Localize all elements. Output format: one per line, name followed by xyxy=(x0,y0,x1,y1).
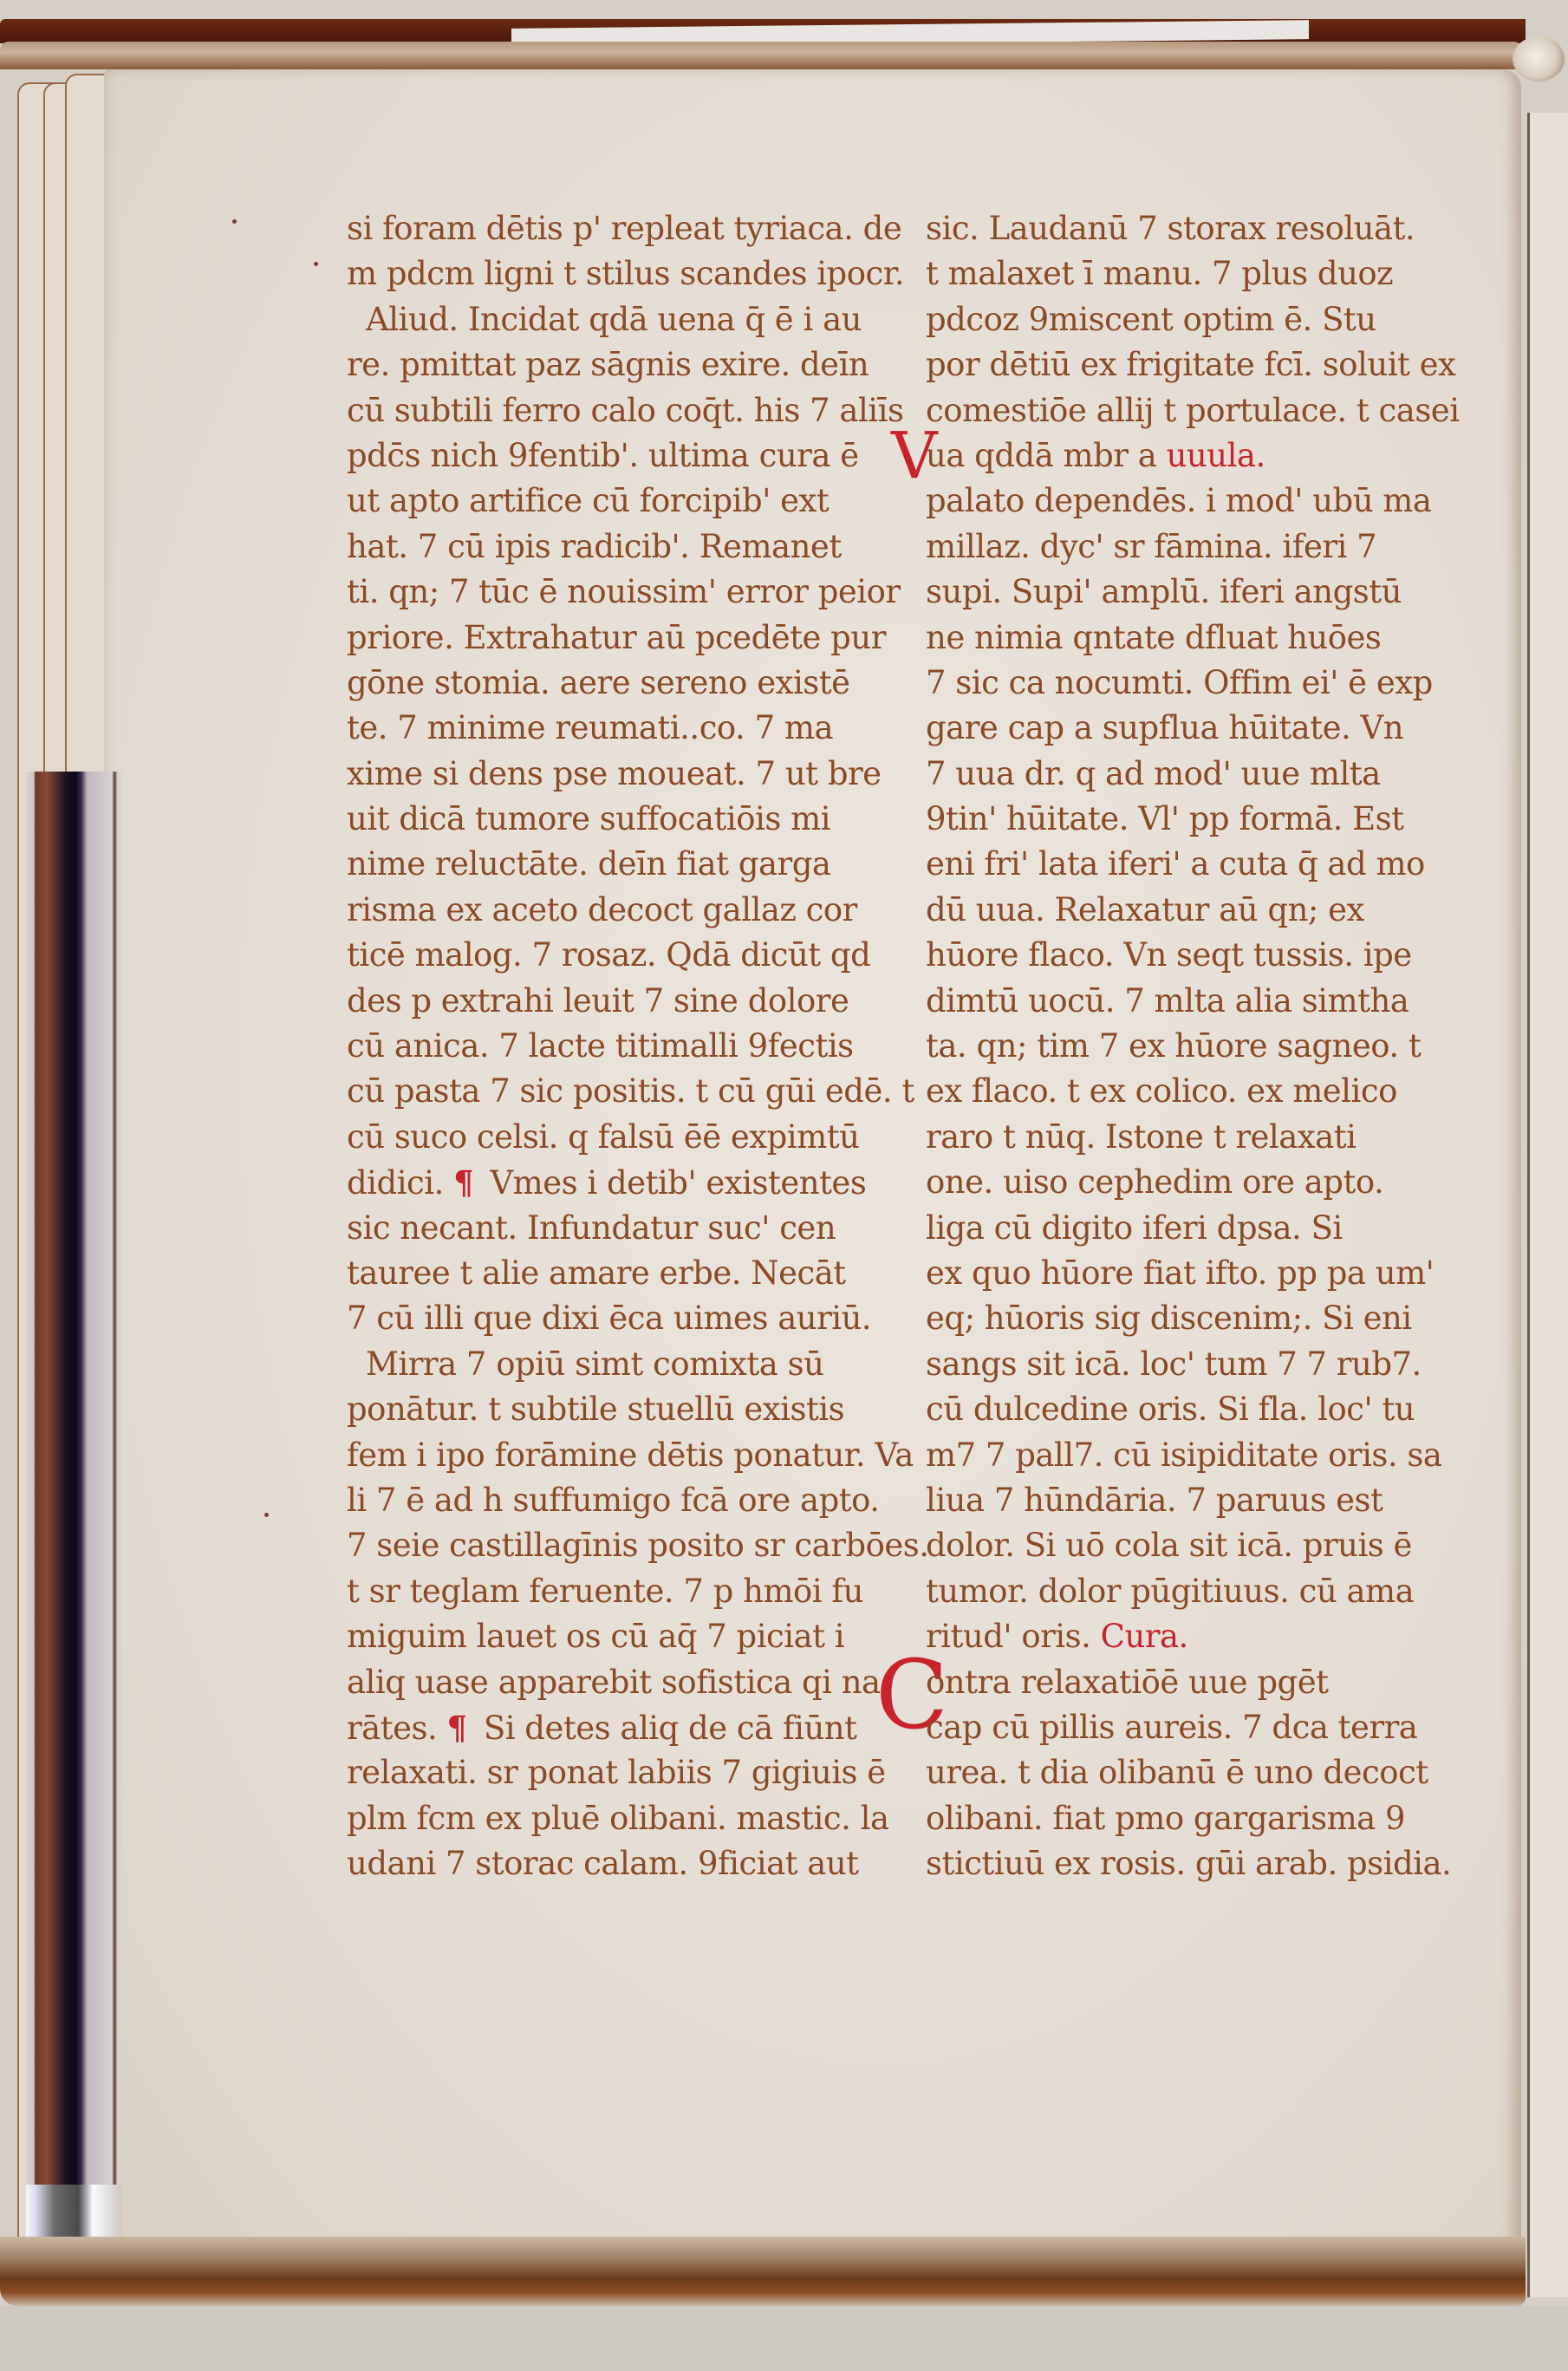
text-line: gare cap a supflua hūitate. Vn xyxy=(926,706,1480,751)
text-line: si foram dētis p' repleat tyriaca. de xyxy=(347,206,901,251)
text-line: stictiuū ex rosis. gūi arab. psidia. xyxy=(926,1841,1480,1886)
text-line: eq; hūoris sig discenim;. Si eni xyxy=(926,1296,1480,1341)
text-line: ponātur. t subtile stuellū existis xyxy=(347,1387,901,1432)
text-line: fem i ipo forāmine dētis ponatur. Va xyxy=(347,1433,901,1478)
text-line: Vua qddā mbr a uuula. xyxy=(926,433,1480,479)
text-line: urea. t dia olibanū ē uno decoct xyxy=(926,1750,1480,1795)
text-line: t sr teglam feruente. 7 p hmōi fu xyxy=(347,1569,901,1614)
text-line: udani 7 storac calam. 9ficiat aut xyxy=(347,1841,901,1886)
text-line: 9tin' hūitate. Vl' pp formā. Est xyxy=(926,797,1480,842)
text-line: ta. qn; tim 7 ex hūore sagneo. t xyxy=(926,1024,1480,1069)
text-line: supi. Supi' amplū. iferi angstū xyxy=(926,570,1480,615)
right-text-column: sic. Laudanū 7 storax resoluāt. t malaxe… xyxy=(926,206,1480,1886)
text-line: por dētiū ex frigitate fcī. soluit ex xyxy=(926,342,1480,388)
text-line: dū uua. Relaxatur aū qn; ex xyxy=(926,888,1480,933)
text-line: liga cū digito iferi dpsa. Si xyxy=(926,1206,1480,1251)
decorated-initial-v: V xyxy=(891,433,926,479)
binding-bottom-edge xyxy=(0,2237,1526,2306)
text-line: sic. Laudanū 7 storax resoluāt. xyxy=(926,206,1480,251)
ink-speck xyxy=(264,1513,269,1517)
text-line: nime reluctāte. deīn fiat garga xyxy=(347,842,901,887)
binding-lip xyxy=(0,42,1526,69)
text-line: risma ex aceto decoct gallaz cor xyxy=(347,888,901,933)
metal-clip-tip xyxy=(26,2185,121,2237)
text-line: relaxati. sr ponat labiis 7 gigiuis ē xyxy=(347,1750,901,1795)
text-line: priore. Extrahatur aū pcedēte pur xyxy=(347,616,901,661)
text-line: pdcoz 9miscent optim ē. Stu xyxy=(926,297,1480,342)
text-line: dolor. Si uō cola sit icā. pruis ē xyxy=(926,1523,1480,1568)
text-line: hat. 7 cū ipis radicib'. Remanet xyxy=(347,524,901,570)
left-text-column: si foram dētis p' repleat tyriaca. de m … xyxy=(347,206,901,1886)
text-fragment: ua qddā mbr a xyxy=(926,437,1156,474)
text-line: ne nimia qntate dfluat huōes xyxy=(926,616,1480,661)
text-fragment: rātes. xyxy=(347,1710,437,1747)
text-line: 7 uua dr. q ad mod' uue mlta xyxy=(926,752,1480,797)
binding-knot-icon xyxy=(1513,36,1565,81)
text-line: cū dulcedine oris. Si fla. loc' tu xyxy=(926,1387,1480,1432)
text-line: eni fri' lata iferi' a cuta q̄ ad mo xyxy=(926,842,1480,887)
text-line: didici. ¶ Vmes i detib' existentes xyxy=(347,1160,901,1205)
text-line: ut apto artifice cū forcipib' ext xyxy=(347,479,901,524)
ink-speck xyxy=(232,219,237,224)
text-line: xime si dens pse moueat. 7 ut bre xyxy=(347,752,901,797)
ink-speck xyxy=(314,262,318,266)
text-line: te. 7 minime reumati..co. 7 ma xyxy=(347,706,901,751)
text-line: one. uiso cephedim ore apto. xyxy=(926,1160,1480,1205)
rubric-heading: Cura. xyxy=(1101,1618,1188,1655)
text-fragment: Vmes i detib' existentes xyxy=(490,1164,866,1202)
paraph-mark-icon: ¶ xyxy=(447,1709,467,1747)
text-line: Contra relaxatiōē uue pgēt xyxy=(926,1660,1480,1705)
text-line: ex flaco. t ex colico. ex melico xyxy=(926,1069,1480,1114)
text-fragment: ritud' oris. xyxy=(926,1618,1090,1655)
text-line: cū anica. 7 lacte titimalli 9fectis xyxy=(347,1024,901,1069)
text-line: olibani. fiat pmo gargarisma 9 xyxy=(926,1796,1480,1841)
text-line: 7 cū illi que dixi ēca uimes auriū. xyxy=(347,1296,901,1341)
text-line: aliq uase apparebit sofistica qi na xyxy=(347,1660,901,1705)
text-line: raro t nūq. Istone t relaxati xyxy=(926,1115,1480,1160)
metal-clip xyxy=(26,772,121,2237)
facing-page-edge xyxy=(1527,113,1568,2297)
text-line: ritud' oris. Cura. xyxy=(926,1614,1480,1659)
text-line: liua 7 hūndāria. 7 paruus est xyxy=(926,1478,1480,1523)
paraph-mark-icon: ¶ xyxy=(453,1163,473,1202)
text-line: m7 7 pall7. cū isipiditate oris. sa xyxy=(926,1433,1480,1478)
text-line: sangs sit icā. loc' tum 7 7 rub7. xyxy=(926,1342,1480,1387)
text-line: 7 seie castillagīnis posito sr carbōes. xyxy=(347,1523,901,1568)
rubric-heading: uuula. xyxy=(1167,437,1265,474)
text-line: ticē malog. 7 rosaz. Qdā dicūt qd xyxy=(347,933,901,978)
text-line: miguim lauet os cū aq̄ 7 piciat i xyxy=(347,1614,901,1659)
text-line: cū pasta 7 sic positis. t cū gūi edē. t xyxy=(347,1069,901,1114)
text-line: Mirra 7 opiū simt comixta sū xyxy=(347,1342,901,1387)
decorated-initial-c: C xyxy=(875,1660,926,1729)
text-line: ti. qn; 7 tūc ē nouissim' error peior xyxy=(347,570,901,615)
text-line: cū suco celsi. q falsū ēē expimtū xyxy=(347,1115,901,1160)
text-line: 7 sic ca nocumti. Offim ei' ē exp xyxy=(926,661,1480,706)
text-line: t malaxet ī manu. 7 plus duoz xyxy=(926,251,1480,296)
text-line: ex quo hūore fiat ifto. pp pa um' xyxy=(926,1251,1480,1296)
text-line: m pdcm ligni t stilus scandes ipocr. xyxy=(347,251,901,296)
text-line: tumor. dolor pūgitiuus. cū ama xyxy=(926,1569,1480,1614)
text-line: cap cū pillis aureis. 7 dca terra xyxy=(926,1705,1480,1750)
text-line: li 7 ē ad h suffumigo fcā ore apto. xyxy=(347,1478,901,1523)
text-line: uit dicā tumore suffocatiōis mi xyxy=(347,797,901,842)
text-line: cū subtili ferro calo coq̄t. his 7 aliīs xyxy=(347,388,901,433)
text-line: re. pmittat paz sāgnis exire. deīn xyxy=(347,342,901,388)
text-line: pdc̄s nich 9fentib'. ultima cura ē xyxy=(347,433,901,479)
text-line: millaz. dyc' sr fāmina. iferi 7 xyxy=(926,524,1480,570)
text-fragment: ontra relaxatiōē uue pgēt xyxy=(926,1664,1328,1701)
text-line: rātes. ¶ Si detes aliq de cā fiūnt xyxy=(347,1705,901,1750)
text-line: plm fcm ex pluē olibani. mastic. la xyxy=(347,1796,901,1841)
text-line: tauree t alie amare erbe. Necāt xyxy=(347,1251,901,1296)
text-fragment: didici. xyxy=(347,1164,444,1202)
text-line: sic necant. Infundatur suc' cen xyxy=(347,1206,901,1251)
text-line: Aliud. Incidat qdā uena q̄ ē i au xyxy=(347,297,901,342)
table-surface xyxy=(0,2306,1568,2371)
text-line: dimtū uocū. 7 mlta alia simtha xyxy=(926,979,1480,1024)
text-line: comestiōe allij t portulace. t casei xyxy=(926,388,1480,433)
text-line: palato dependēs. i mod' ubū ma xyxy=(926,479,1480,524)
text-line: des p extrahi leuit 7 sine dolore xyxy=(347,979,901,1024)
text-fragment: Si detes aliq de cā fiūnt xyxy=(484,1710,857,1747)
text-line: hūore flaco. Vn seqt tussis. ipe xyxy=(926,933,1480,978)
text-line: gōne stomia. aere sereno existē xyxy=(347,661,901,706)
